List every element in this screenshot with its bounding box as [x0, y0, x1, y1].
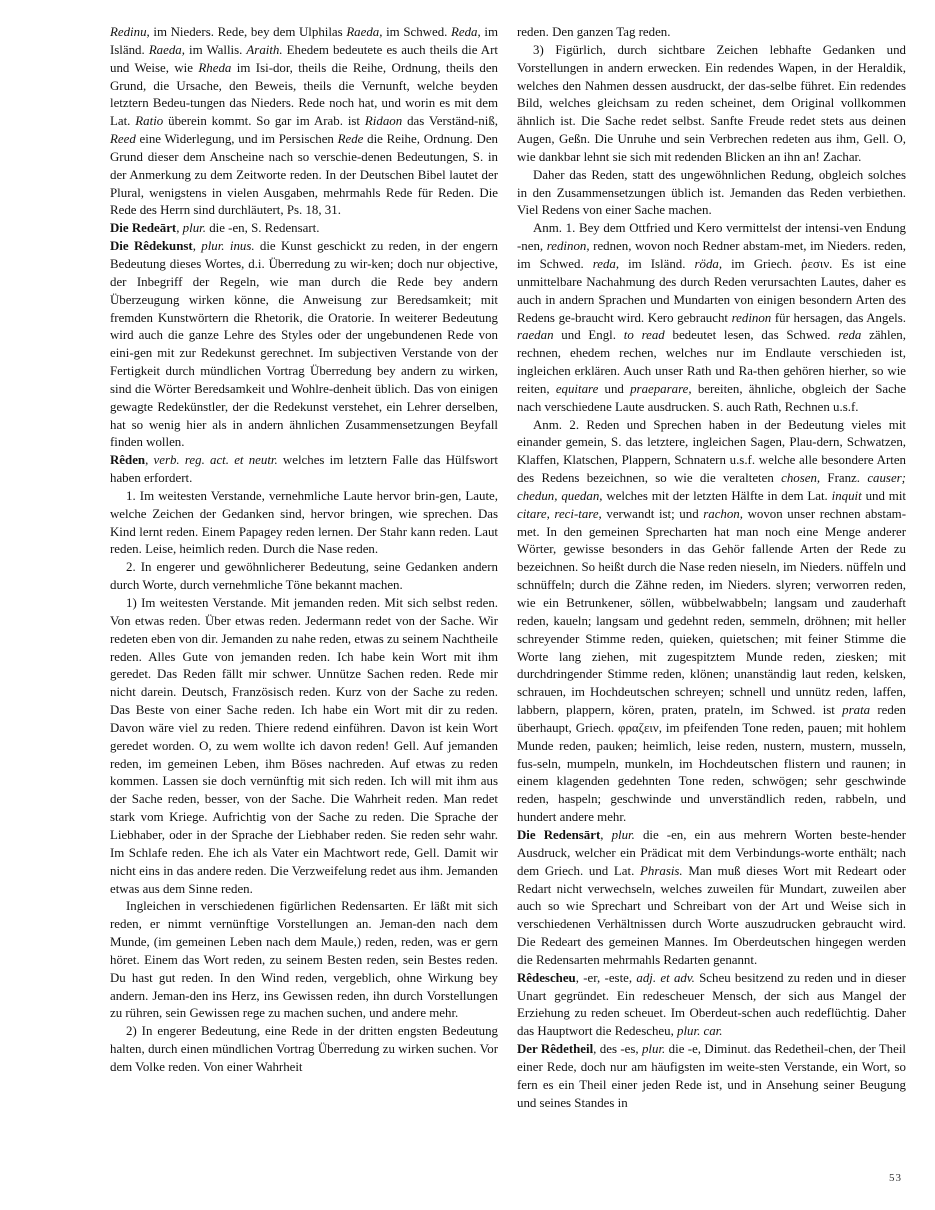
italic-term: chosen, [781, 471, 820, 485]
italic-term: Rheda [198, 61, 231, 75]
headword: Die Redensārt [517, 828, 600, 842]
italic-term: rachon, [703, 507, 743, 521]
text-run: , [193, 239, 202, 253]
italic-term: Raeda, [149, 43, 185, 57]
italic-term: plur. [183, 221, 206, 235]
italic-term: Araith. [246, 43, 282, 57]
text-run: , -er, -este, [576, 971, 637, 985]
sense-2-2-continued: reden. Den ganzen Tag reden. [517, 24, 906, 42]
italic-term: Raeda, [346, 25, 382, 39]
text-run: 2) In engerer Bedeutung, eine Rede in de… [110, 1024, 498, 1074]
italic-term: raedan [517, 328, 554, 342]
sense-1: 1. Im weitesten Verstande, vernehmliche … [110, 488, 498, 559]
text-run: und mit [862, 489, 906, 503]
italic-term: Ratio [135, 114, 163, 128]
italic-term: Reed [110, 132, 136, 146]
italic-term: plur. car. [677, 1024, 722, 1038]
italic-term: reda, [593, 257, 619, 271]
note-2: Anm. 2. Reden und Sprechen haben in der … [517, 417, 906, 827]
text-run: 1. Im weitesten Verstande, vernehmliche … [110, 489, 498, 557]
italic-term: Rede [338, 132, 364, 146]
text-run: Franz. [820, 471, 867, 485]
headword: Die Rêdekunst [110, 239, 193, 253]
text-run: und [598, 382, 630, 396]
derivative-reden: Daher das Reden, statt des ungewöhnliche… [517, 167, 906, 221]
text-run: überein kommt. So gar im Arab. ist [163, 114, 365, 128]
italic-term: Redinu, [110, 25, 150, 39]
italic-term: plur. [642, 1042, 665, 1056]
italic-term: Reda, [451, 25, 481, 39]
entry-redetheil: Der Rêdetheil, des -es, plur. die -e, Di… [517, 1041, 906, 1112]
text-run: Man muß dieses Wort mit Redeart oder Red… [517, 864, 906, 967]
text-run: eine Widerlegung, und im Persischen [136, 132, 338, 146]
italic-term: reda [838, 328, 861, 342]
text-run: verwandt ist; und [602, 507, 703, 521]
text-run: 3) Figürlich, durch sichtbare Zeichen le… [517, 43, 906, 164]
italic-term: plur. inus. [201, 239, 254, 253]
text-run: welches mit der letzten Hälfte in dem La… [602, 489, 831, 503]
italic-term: redinon [732, 311, 772, 325]
page-number: 53 [889, 1172, 902, 1184]
italic-term: equitare [556, 382, 598, 396]
italic-term: röda, [695, 257, 723, 271]
italic-term: prata [842, 703, 870, 717]
italic-term: praeparare, [630, 382, 691, 396]
text-run: im Wallis. [185, 43, 246, 57]
italic-term: Ridaon [365, 114, 402, 128]
text-run: das Verständ-niß, [402, 114, 498, 128]
sense-2-3: 3) Figürlich, durch sichtbare Zeichen le… [517, 42, 906, 167]
figurative-idioms: Ingleichen in verschiedenen figürlichen … [110, 898, 498, 1023]
italic-term: adj. et adv. [636, 971, 694, 985]
sense-2-2: 2) In engerer Bedeutung, eine Rede in de… [110, 1023, 498, 1077]
italic-term: Phrasis. [640, 864, 683, 878]
text-run: die Kunst geschickt zu reden, in der eng… [110, 239, 498, 449]
right-column: reden. Den ganzen Tag reden. 3) Figürlic… [517, 24, 906, 1112]
italic-term: citare, reci-tare, [517, 507, 602, 521]
text-run: für hersagen, das Angels. [771, 311, 906, 325]
text-run: 2. In engerer und gewöhnlicherer Bedeutu… [110, 560, 498, 592]
text-run: Daher das Reden, statt des ungewöhnliche… [517, 168, 906, 218]
text-run: wovon unser rechnen abstam-met. In den g… [517, 507, 906, 717]
sense-2: 2. In engerer und gewöhnlicherer Bedeutu… [110, 559, 498, 595]
text-run: , des -es, [593, 1042, 642, 1056]
text-run: , [145, 453, 153, 467]
entry-redeart: Die Redeārt, plur. die -en, S. Redensart… [110, 220, 498, 238]
text-run: im Isländ. [619, 257, 694, 271]
text-run: im Schwed. [382, 25, 451, 39]
text-run: bedeutet lesen, das Schwed. [665, 328, 838, 342]
headword: Rêdescheu [517, 971, 576, 985]
entry-reden: Rêden, verb. reg. act. et neutr. welches… [110, 452, 498, 488]
text-run: und Engl. [554, 328, 624, 342]
dictionary-page: Redinu, im Nieders. Rede, bey dem Ulphil… [0, 0, 935, 1210]
note-1: Anm. 1. Bey dem Ottfried und Kero vermit… [517, 220, 906, 416]
text-run: im Nieders. Rede, bey dem Ulphilas [150, 25, 347, 39]
text-run: Ingleichen in verschiedenen figürlichen … [110, 899, 498, 1020]
italic-term: inquit [832, 489, 862, 503]
headword: Die Redeārt [110, 221, 176, 235]
text-run: reden. Den ganzen Tag reden. [517, 25, 670, 39]
italic-term: verb. reg. act. et neutr. [154, 453, 278, 467]
text-run: die -en, S. Redensart. [206, 221, 319, 235]
text-run: reden überhaupt, Griech. φραζειν, im pfe… [517, 703, 906, 824]
italic-term: plur. [612, 828, 635, 842]
headword: Rêden [110, 453, 145, 467]
headword: Der Rêdetheil [517, 1042, 593, 1056]
sense-2-1: 1) Im weitesten Verstande. Mit jemanden … [110, 595, 498, 898]
text-run: , [600, 828, 611, 842]
text-run: 1) Im weitesten Verstande. Mit jemanden … [110, 596, 498, 896]
italic-term: to read [624, 328, 665, 342]
left-column: Redinu, im Nieders. Rede, bey dem Ulphil… [110, 24, 498, 1077]
entry-redescheu: Rêdescheu, -er, -este, adj. et adv. Sche… [517, 970, 906, 1041]
entry-redekunst: Die Rêdekunst, plur. inus. die Kunst ges… [110, 238, 498, 452]
entry-redensart: Die Redensārt, plur. die -en, ein aus me… [517, 827, 906, 970]
etymology-paragraph: Redinu, im Nieders. Rede, bey dem Ulphil… [110, 24, 498, 220]
italic-term: redinon, [547, 239, 590, 253]
